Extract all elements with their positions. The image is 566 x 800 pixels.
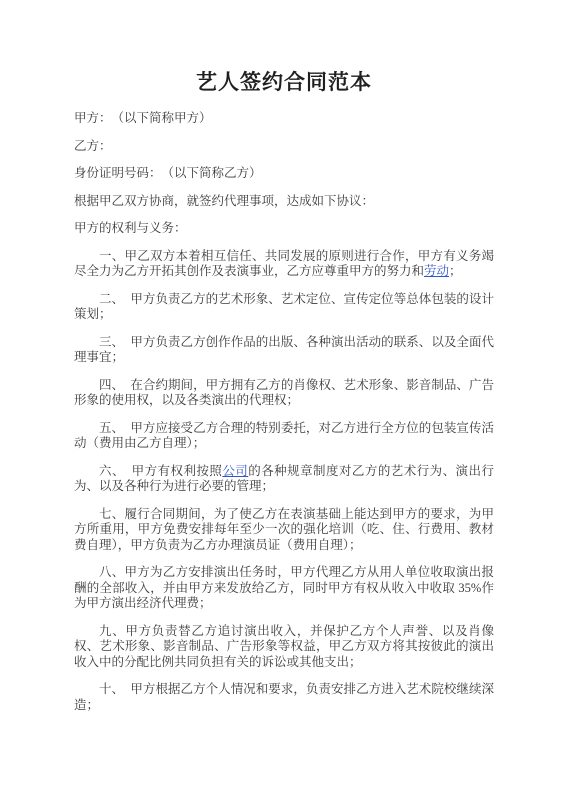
labor-link[interactable]: 劳动 <box>424 264 449 278</box>
paragraph-clause-6: 六、 甲方有权利按照公司的各种规章制度对乙方的艺术行为、演出行为、以及各种行为进… <box>74 464 494 495</box>
text-run: 四、 在合约期间，甲方拥有乙方的肖像权、艺术形象、影音制品、广告形象的使用权，以… <box>74 378 494 408</box>
paragraph-clause-9: 九、甲方负责替乙方追讨演出收入，并保护乙方个人声誉、以及肖像权、艺术形象、影音制… <box>74 624 494 671</box>
text-run: 甲方的权利与义务： <box>74 221 187 235</box>
paragraph-clause-1: 一、甲乙双方本着相互信任、共同发展的原则进行合作，甲方有义务竭尽全力为乙方开拓其… <box>74 249 494 280</box>
text-run: 乙方： <box>74 139 112 153</box>
document-page: 艺人签约合同范本 甲方： （以下简称甲方）乙方：身份证明号码： （以下简称乙方）… <box>0 0 566 800</box>
paragraph-id-number-line: 身份证明号码： （以下简称乙方） <box>74 166 494 182</box>
text-run: 根据甲乙双方协商，就签约代理事项，达成如下协议： <box>74 194 374 208</box>
paragraph-clause-7: 七、履行合同期间，为了使乙方在表演基础上能达到甲方的要求，为甲方所重用，甲方免费… <box>74 507 494 554</box>
paragraph-clause-2: 二、 甲方负责乙方的艺术形象、艺术定位、宣传定位等总体包装的设计策划； <box>74 292 494 323</box>
document-body: 甲方： （以下简称甲方）乙方：身份证明号码： （以下简称乙方）根据甲乙双方协商，… <box>74 111 494 713</box>
text-run: 六、 甲方有权利按照 <box>99 464 222 478</box>
paragraph-preamble: 根据甲乙双方协商，就签约代理事项，达成如下协议： <box>74 194 494 210</box>
text-run: 二、 甲方负责乙方的艺术形象、艺术定位、宣传定位等总体包装的设计策划； <box>74 292 494 322</box>
paragraph-clause-4: 四、 在合约期间，甲方拥有乙方的肖像权、艺术形象、影音制品、广告形象的使用权，以… <box>74 378 494 409</box>
text-run: 五、 甲方应接受乙方合理的特别委托，对乙方进行全方位的包装宣传活动（费用由乙方自… <box>74 421 494 451</box>
text-run: 八、甲方为乙方安排演出任务时，甲方代理乙方从用人单位收取演出报酬的全部收入，并由… <box>74 565 494 610</box>
document-title: 艺人签约合同范本 <box>74 70 494 94</box>
paragraph-clause-5: 五、 甲方应接受乙方合理的特别委托，对乙方进行全方位的包装宣传活动（费用由乙方自… <box>74 421 494 452</box>
text-run: 九、甲方负责替乙方追讨演出收入，并保护乙方个人声誉、以及肖像权、艺术形象、影音制… <box>74 624 494 669</box>
text-run: 七、履行合同期间，为了使乙方在表演基础上能达到甲方的要求，为甲方所重用，甲方免费… <box>74 507 494 552</box>
paragraph-party-a-line: 甲方： （以下简称甲方） <box>74 111 494 127</box>
text-run: 十、 甲方根据乙方个人情况和要求，负责安排乙方进入艺术院校继续深造； <box>74 682 494 712</box>
paragraph-clause-10: 十、 甲方根据乙方个人情况和要求，负责安排乙方进入艺术院校继续深造； <box>74 682 494 713</box>
paragraph-section-heading-party-a: 甲方的权利与义务： <box>74 221 494 237</box>
paragraph-clause-8: 八、甲方为乙方安排演出任务时，甲方代理乙方从用人单位收取演出报酬的全部收入，并由… <box>74 565 494 612</box>
text-run: 三、 甲方负责乙方创作作品的出版、各种演出活动的联系、以及全面代理事宜； <box>74 335 494 365</box>
company-link[interactable]: 公司 <box>222 464 248 478</box>
paragraph-party-b-line: 乙方： <box>74 139 494 155</box>
text-run: ； <box>449 264 462 278</box>
paragraph-clause-3: 三、 甲方负责乙方创作作品的出版、各种演出活动的联系、以及全面代理事宜； <box>74 335 494 366</box>
text-run: 身份证明号码： （以下简称乙方） <box>74 166 262 180</box>
text-run: 甲方： （以下简称甲方） <box>74 111 212 125</box>
